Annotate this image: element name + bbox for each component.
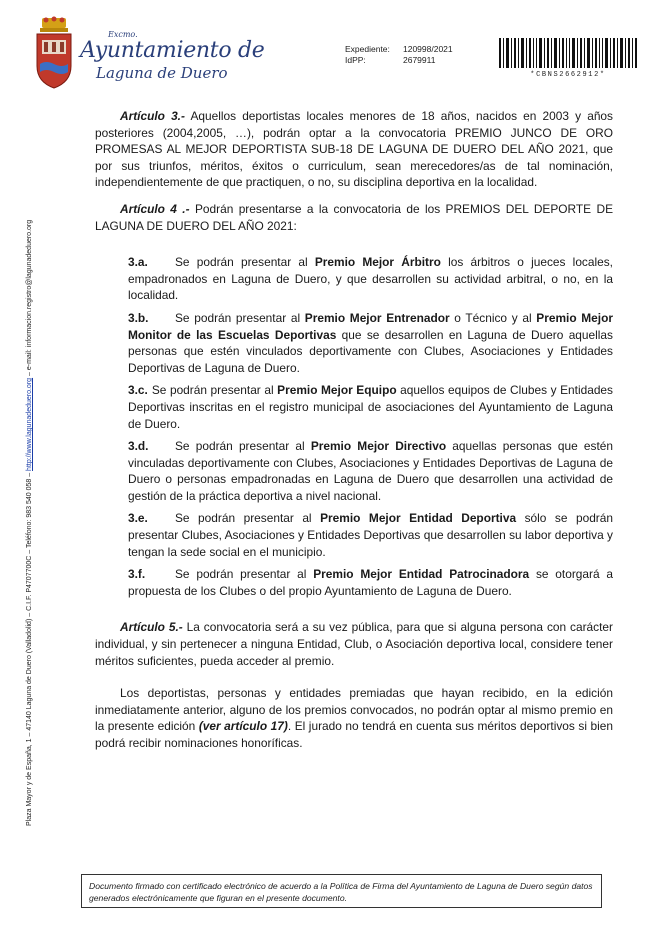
item-label: 3.e. bbox=[128, 510, 175, 527]
item-3b: 3.b.Se podrán presentar al Premio Mejor … bbox=[95, 310, 613, 376]
item-text: Se podrán presentar al bbox=[175, 311, 305, 325]
document-header: Excmo. Ayuntamiento de Laguna de Duero E… bbox=[0, 0, 665, 100]
award-name: Premio Mejor Entidad Deportiva bbox=[320, 511, 516, 525]
award-name: Premio Mejor Árbitro bbox=[315, 255, 441, 269]
article-4: Artículo 4 .- Podrán presentarse a la co… bbox=[95, 201, 613, 234]
signature-footer: Documento firmado con certificado electr… bbox=[81, 874, 602, 908]
file-metadata: Expediente:120998/2021 IdPP:2679911 bbox=[345, 44, 453, 66]
email-text: – e-mail: informacion.registro@lagunaded… bbox=[26, 220, 33, 378]
address-text: Plaza Mayor y de España, 1 – 47140 Lagun… bbox=[26, 471, 33, 826]
expediente-label: Expediente: bbox=[345, 44, 403, 55]
item-3e: 3.e.Se podrán presentar al Premio Mejor … bbox=[95, 510, 613, 560]
item-text: Se podrán presentar al bbox=[175, 439, 311, 453]
expediente-value: 120998/2021 bbox=[403, 44, 453, 55]
item-text: Se podrán presentar al bbox=[175, 567, 313, 581]
award-name: Premio Mejor Equipo bbox=[277, 383, 396, 397]
website-link[interactable]: http://www.lagunadeduero.org bbox=[26, 378, 33, 471]
item-label: 3.c. bbox=[128, 382, 148, 399]
article-5: Artículo 5.- La convocatoria será a su v… bbox=[95, 619, 613, 669]
item-3a: 3.a.Se podrán presentar al Premio Mejor … bbox=[95, 254, 613, 304]
idpp-value: 2679911 bbox=[403, 55, 435, 66]
award-name: Premio Mejor Directivo bbox=[311, 439, 446, 453]
logo-title: Ayuntamiento de bbox=[80, 38, 265, 63]
document-body: Artículo 3.- Aquellos deportistas locale… bbox=[95, 108, 613, 762]
item-text: Se podrán presentar al bbox=[175, 255, 315, 269]
item-text: Se podrán presentar al bbox=[175, 511, 320, 525]
barcode-icon bbox=[499, 38, 637, 68]
item-3d: 3.d.Se podrán presentar al Premio Mejor … bbox=[95, 438, 613, 504]
article-4-title: Artículo 4 .- bbox=[120, 202, 190, 216]
address-sidebar: Plaza Mayor y de España, 1 – 47140 Lagun… bbox=[26, 146, 33, 826]
item-label: 3.d. bbox=[128, 438, 175, 455]
barcode-code: *CBNS2662912* bbox=[498, 71, 638, 79]
award-name: Premio Mejor Entrenador bbox=[305, 311, 450, 325]
idpp-label: IdPP: bbox=[345, 55, 403, 66]
article-3: Artículo 3.- Aquellos deportistas locale… bbox=[95, 108, 613, 191]
item-text: o Técnico y al bbox=[450, 311, 537, 325]
coat-of-arms-icon bbox=[34, 16, 74, 90]
final-paragraph: Los deportistas, personas y entidades pr… bbox=[95, 685, 613, 751]
article-5-title: Artículo 5.- bbox=[120, 620, 183, 634]
signature-notice: Documento firmado con certificado electr… bbox=[89, 881, 593, 903]
item-text: Se podrán presentar al bbox=[152, 383, 277, 397]
item-3c: 3.c.Se podrán presentar al Premio Mejor … bbox=[95, 382, 613, 432]
item-label: 3.a. bbox=[128, 254, 175, 271]
item-3f: 3.f.Se podrán presentar al Premio Mejor … bbox=[95, 566, 613, 599]
article-reference: (ver artículo 17) bbox=[199, 719, 288, 733]
award-name: Premio Mejor Entidad Patrocinadora bbox=[313, 567, 529, 581]
item-label: 3.b. bbox=[128, 310, 175, 327]
logo-subtitle: Laguna de Duero bbox=[96, 64, 228, 82]
article-3-title: Artículo 3.- bbox=[120, 109, 185, 123]
item-label: 3.f. bbox=[128, 566, 175, 583]
